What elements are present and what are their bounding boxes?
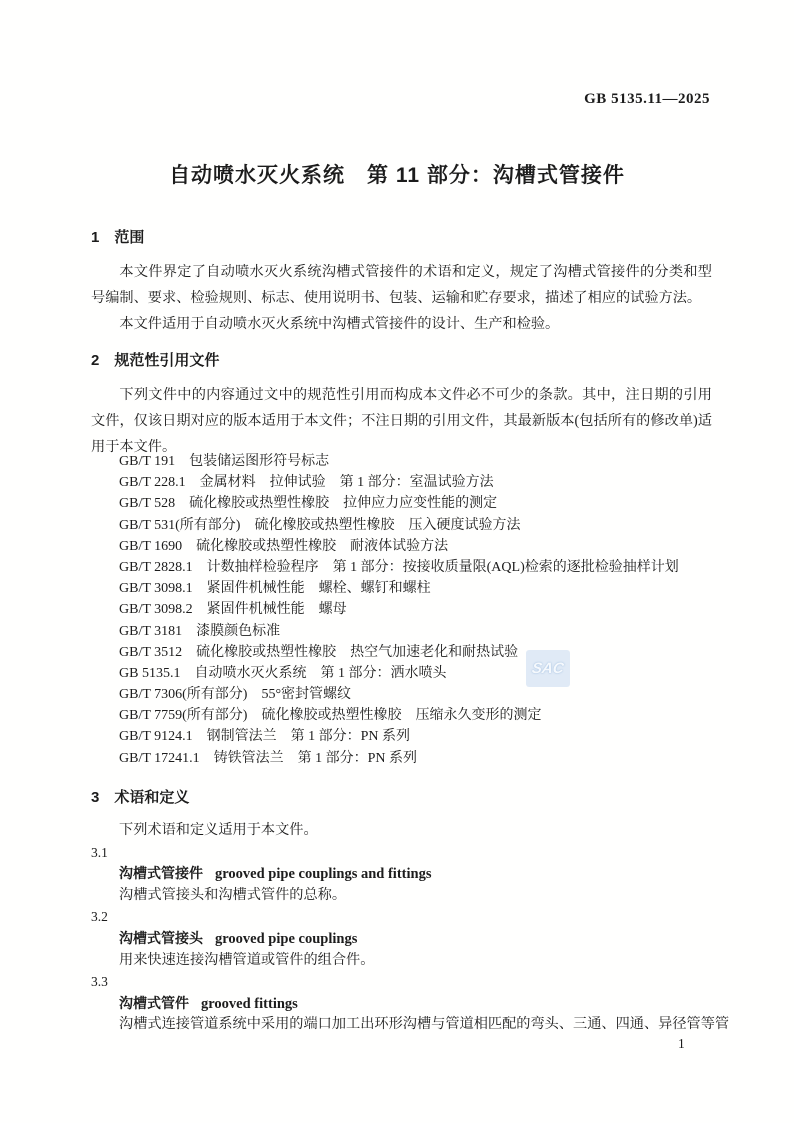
scope-paragraph-1: 本文件界定了自动喷水灭火系统沟槽式管接件的术语和定义，规定了沟槽式管接件的分类和… <box>91 259 712 311</box>
reference-item: GB/T 3181 漆膜颜色标准 <box>119 621 719 642</box>
term-heading: 沟槽式管件grooved fittings <box>91 993 716 1015</box>
normative-references-list: GB/T 191 包装储运图形符号标志 GB/T 228.1 金属材料 拉伸试验… <box>119 451 719 769</box>
reference-item: GB/T 17241.1 铸铁管法兰 第 1 部分：PN 系列 <box>119 748 719 769</box>
reference-item: GB/T 2828.1 计数抽样检验程序 第 1 部分：按接收质量限(AQL)检… <box>119 557 719 578</box>
term-name-zh: 沟槽式管件 <box>119 995 189 1011</box>
term-definition: 沟槽式管接头和沟槽式管件的总称。 <box>91 885 716 907</box>
normative-references-intro-paragraph: 下列文件中的内容通过文中的规范性引用而构成本文件必不可少的条款。其中，注日期的引… <box>91 382 712 460</box>
reference-item: GB/T 7759(所有部分) 硫化橡胶或热塑性橡胶 压缩永久变形的测定 <box>119 705 719 726</box>
term-definition: 沟槽式连接管道系统中采用的端口加工出环形沟槽与管道相匹配的弯头、三通、四通、异径… <box>91 1014 716 1036</box>
term-name-en: grooved pipe couplings and fittings <box>215 866 431 882</box>
normative-references-intro: 下列文件中的内容通过文中的规范性引用而构成本文件必不可少的条款。其中，注日期的引… <box>91 382 712 460</box>
sac-watermark: SAC <box>526 650 570 687</box>
section-heading-terms-definitions: 3 术语和定义 <box>91 786 189 807</box>
reference-item: GB/T 3098.2 紧固件机械性能 螺母 <box>119 599 719 620</box>
term-number: 3.2 <box>91 906 716 928</box>
term-definition: 用来快速连接沟槽管道或管件的组合件。 <box>91 950 716 972</box>
document-page: GB 5135.11—2025 自动喷水灭火系统 第 11 部分：沟槽式管接件 … <box>0 0 794 1123</box>
scope-body: 本文件界定了自动喷水灭火系统沟槽式管接件的术语和定义，规定了沟槽式管接件的分类和… <box>91 259 712 337</box>
terms-body: 下列术语和定义适用于本文件。 3.1 沟槽式管接件grooved pipe co… <box>91 820 716 1036</box>
term-name-zh: 沟槽式管接头 <box>119 930 203 946</box>
scope-paragraph-2: 本文件适用于自动喷水灭火系统中沟槽式管接件的设计、生产和检验。 <box>91 311 712 337</box>
term-number: 3.3 <box>91 971 716 993</box>
section-heading-scope: 1 范围 <box>91 226 144 247</box>
term-name-en: grooved pipe couplings <box>215 931 357 947</box>
page-title: 自动喷水灭火系统 第 11 部分：沟槽式管接件 <box>0 159 794 189</box>
reference-item: GB/T 3098.1 紧固件机械性能 螺栓、螺钉和螺柱 <box>119 578 719 599</box>
term-number: 3.1 <box>91 842 716 864</box>
term-heading: 沟槽式管接件grooved pipe couplings and fitting… <box>91 863 716 885</box>
reference-item: GB/T 228.1 金属材料 拉伸试验 第 1 部分：室温试验方法 <box>119 472 719 493</box>
reference-item: GB/T 531(所有部分) 硫化橡胶或热塑性橡胶 压入硬度试验方法 <box>119 515 719 536</box>
reference-item: GB/T 7306(所有部分) 55°密封管螺纹 <box>119 684 719 705</box>
section-heading-normative-references: 2 规范性引用文件 <box>91 349 219 370</box>
term-name-en: grooved fittings <box>201 996 298 1012</box>
page-number: 1 <box>678 1036 685 1052</box>
reference-item: GB/T 3512 硫化橡胶或热塑性橡胶 热空气加速老化和耐热试验 <box>119 642 719 663</box>
reference-item: GB/T 9124.1 钢制管法兰 第 1 部分：PN 系列 <box>119 726 719 747</box>
reference-item: GB/T 528 硫化橡胶或热塑性橡胶 拉伸应力应变性能的测定 <box>119 493 719 514</box>
terms-intro: 下列术语和定义适用于本文件。 <box>91 820 716 842</box>
term-name-zh: 沟槽式管接件 <box>119 865 203 881</box>
standard-number: GB 5135.11—2025 <box>584 91 710 108</box>
sac-watermark-text: SAC <box>531 660 565 677</box>
reference-item: GB/T 191 包装储运图形符号标志 <box>119 451 719 472</box>
term-heading: 沟槽式管接头grooved pipe couplings <box>91 928 716 950</box>
reference-item: GB/T 1690 硫化橡胶或热塑性橡胶 耐液体试验方法 <box>119 536 719 557</box>
reference-item: GB 5135.1 自动喷水灭火系统 第 1 部分：洒水喷头 <box>119 663 719 684</box>
